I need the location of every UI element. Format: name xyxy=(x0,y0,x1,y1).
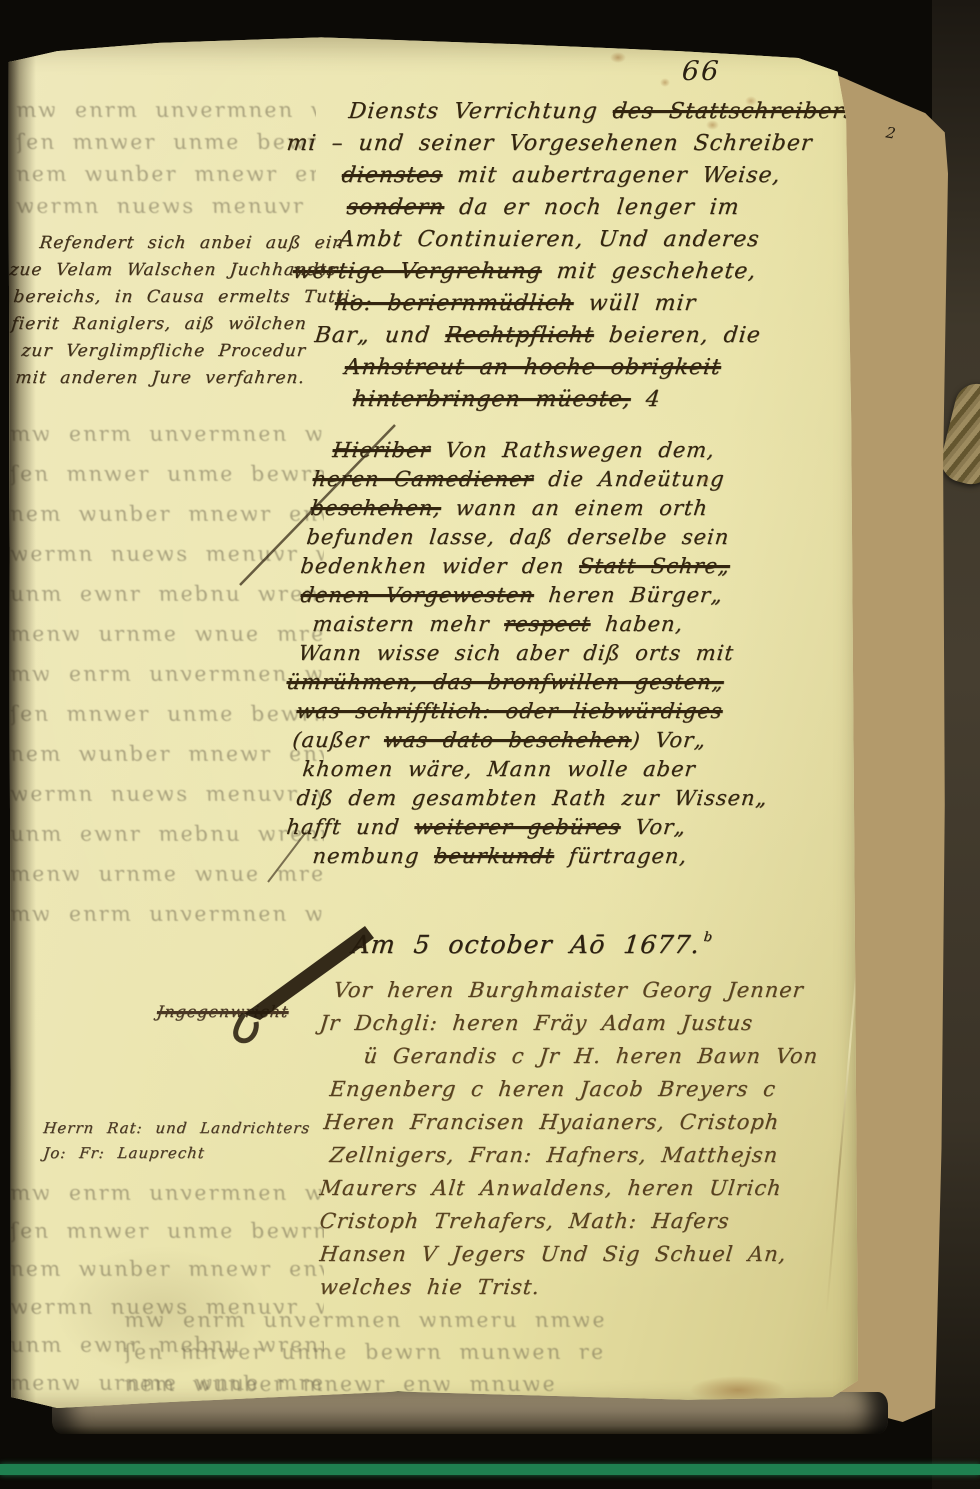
text-segment: Diensts Verrichtung xyxy=(347,99,614,124)
text-segment: Refendert sich anbei auß ein xyxy=(38,233,345,253)
handwritten-line: Vor heren Burghmaister Georg Jenner xyxy=(318,974,831,1007)
handwritten-line: khomen wäre, Mann wolle aber xyxy=(285,755,813,784)
text-segment: Cristoph Trehafers, Math: Hafers xyxy=(319,1209,731,1233)
struck-text: respect xyxy=(503,612,592,636)
struck-text: Rechtpflicht xyxy=(444,323,595,348)
ghost-line: menw urnme wnue mrenwu emn xyxy=(10,854,324,894)
text-segment: befunden lasse, daß derselbe sein xyxy=(305,525,730,549)
handwritten-line: nembung beurkundt fürtragen, xyxy=(285,842,813,871)
struck-text: ho: beriernmüdlich xyxy=(333,291,574,316)
text-segment: welches hie Trist. xyxy=(319,1275,542,1299)
text-segment: Engenberg c heren Jacob Breyers c xyxy=(329,1077,778,1101)
struck-text: des Stattschreibers xyxy=(611,99,857,124)
text-segment: beieren, die xyxy=(593,323,763,348)
handwritten-line: Engenberg c heren Jacob Breyers c xyxy=(318,1073,831,1106)
text-segment: 4 xyxy=(629,387,662,412)
struck-text: Anhstreut an hoche obrigkeit xyxy=(343,355,722,380)
struck-text: beschehen, xyxy=(309,496,442,520)
struck-text: Statt Schre„ xyxy=(578,554,731,578)
text-segment: mit anderen Jure verfahren. xyxy=(14,368,306,388)
manuscript-scan: 2 mw enrm unvermnen wnmeru nmweſen mnwer… xyxy=(0,0,980,1489)
text-segment: Heren Francisen Hyaianers, Cristoph xyxy=(323,1110,781,1134)
ghost-line: menw urnme wnue mrenwu emn xyxy=(10,614,324,654)
struck-text: hinterbringen müeste, xyxy=(351,387,632,412)
handwritten-line: mit anderen Jure verfahren. xyxy=(8,365,341,392)
handwritten-line: befunden lasse, daß derselbe sein xyxy=(285,523,813,552)
ghost-line: mw enrm unvermnen wnmeru nmwe xyxy=(10,654,324,694)
handwritten-line: Ambt Continuieren, Und anderes xyxy=(285,224,808,256)
text-segment: ) Vor„ xyxy=(630,728,707,752)
handwritten-line: bedenkhen wider den Statt Schre„ xyxy=(285,552,813,581)
struck-text: Jngegenwricht xyxy=(156,1002,290,1021)
paragraph-attendees: Vor heren Burghmaister Georg JennerJr Dc… xyxy=(318,974,828,1304)
paragraph-first-entry: Diensts Verrichtung des Stattschreibersm… xyxy=(285,96,805,416)
text-segment: mi – und seiner Vorgesehenen Schreiber xyxy=(285,131,813,156)
ghost-line: unm ewnr mebnu wrenm uewnm xyxy=(10,574,324,614)
margin-note-left: Refendert sich anbei auß einzue Velam Wa… xyxy=(8,230,338,392)
text-segment: khomen wäre, Mann wolle aber xyxy=(301,757,697,781)
handwritten-line: Maurers Alt Anwaldens, heren Ulrich xyxy=(318,1172,831,1205)
handwritten-line: beschehen, wann an einem orth xyxy=(285,494,813,523)
text-segment: fierit Raniglers, aiß wölchen xyxy=(10,314,307,334)
text-segment: heren Bürger„ xyxy=(533,583,725,607)
handwritten-line: bereichs, in Causa ermelts Tutti: xyxy=(8,284,341,311)
handwritten-line: Refendert sich anbei auß ein xyxy=(8,230,341,257)
text-segment: maistern mehr xyxy=(311,612,505,636)
struck-text: weiterer gebüres xyxy=(413,815,622,839)
page-number: 66 xyxy=(681,56,722,87)
ghost-line: wermn nuews menuvr wnem nue xyxy=(10,774,324,814)
handwritten-line: zur Verglimpfliche Procedur xyxy=(8,338,341,365)
handwritten-line: Jr Dchgli: heren Fräy Adam Justus xyxy=(318,1007,831,1040)
text-segment: Von Rathswegen dem, xyxy=(429,438,716,462)
entry-date: Am 5 october Aō 1677.b xyxy=(350,930,713,959)
book-page: mw enrm unvermnen wnmeru nmweſen mnwer u… xyxy=(6,36,858,1408)
ghost-line: ſen mnwer unme bewrn munwen re xyxy=(10,694,324,734)
handwritten-line: sondern da er noch lenger im xyxy=(285,192,808,224)
handwritten-line: Zellnigers, Fran: Hafners, Matthejsn xyxy=(318,1139,831,1172)
fox-stain xyxy=(745,96,757,106)
struck-text: beurkundt xyxy=(433,844,556,868)
ghost-line: mw enrm unvermnen wnmeru nmwe xyxy=(16,94,316,126)
handwritten-line: zue Velam Walschen Juchhandts xyxy=(8,257,341,284)
handwritten-line: heren Camediener die Andeütung xyxy=(285,465,813,494)
text-segment: mit aubertragener Weise, xyxy=(441,163,782,188)
paragraph-second-entry: Hieriber Von Rathswegen dem,heren Camedi… xyxy=(285,436,810,871)
ghost-line: wermn nuews menuvr wnem nue xyxy=(10,534,324,574)
margin-word-present: Jngegenwricht xyxy=(156,1002,336,1021)
fox-stain xyxy=(610,52,626,63)
handwritten-line: diß dem gesambten Rath zur Wissen„ xyxy=(285,784,813,813)
struck-text: was schrifftlich: oder liebwürdiges xyxy=(295,699,724,723)
ghost-line: ſen mnwer unme bewrn munwen re xyxy=(10,1212,324,1250)
handwritten-line: maistern mehr respect haben, xyxy=(285,610,813,639)
handwritten-line: Herrn Rat: und Landrichters xyxy=(42,1116,305,1141)
ghost-line: unm ewnr mebnu wrenm uewnm xyxy=(10,814,324,854)
ghost-line: wermn nuews menuvr wnem nue xyxy=(16,190,316,222)
text-segment: mit geschehete, xyxy=(540,259,757,284)
text-segment: Hansen V Jegers Und Sig Schuel An, xyxy=(319,1242,788,1266)
handwritten-line: ho: beriernmüdlich wüll mir xyxy=(285,288,808,320)
text-segment: ü Gerandis c Jr H. heren Bawn Von xyxy=(363,1044,820,1068)
ghost-line: mw enrm unvermnen wnmeru nmwe xyxy=(10,414,324,454)
handwritten-line: Heren Francisen Hyaianers, Cristoph xyxy=(318,1106,831,1139)
fox-stain xyxy=(700,476,711,485)
handwritten-line: denen Vorgewesten heren Bürger„ xyxy=(285,581,813,610)
text-segment: zur Verglimpfliche Procedur xyxy=(20,341,307,361)
handwritten-line: hafft und weiterer gebüres Vor„ xyxy=(285,813,813,842)
show-through-text: mw enrm unvermnen wnmeru nmweſen mnwer u… xyxy=(10,414,324,936)
text-segment: wann an einem orth xyxy=(440,496,709,520)
text-segment: die Andeütung xyxy=(532,467,725,491)
text-segment: Wann wisse sich aber diß orts mit xyxy=(297,641,735,665)
struck-text: was dato beschehen xyxy=(383,728,633,752)
handwritten-line: dienstes mit aubertragener Weise, xyxy=(285,160,808,192)
text-segment: zue Velam Walschen Juchhandts xyxy=(8,260,337,280)
handwritten-line: Bar„ und Rechtpflicht beieren, die xyxy=(285,320,808,352)
handwritten-line: Hansen V Jegers Und Sig Schuel An, xyxy=(318,1238,831,1271)
text-segment: nembung xyxy=(311,844,435,868)
handwritten-line: Jo: Fr: Lauprecht xyxy=(42,1141,305,1166)
text-segment: Ambt Continuieren, Und anderes xyxy=(337,227,761,252)
struck-text: ümrühmen, das bronfwillen gesten„ xyxy=(285,670,725,694)
handwritten-line: mi – und seiner Vorgesehenen Schreiber xyxy=(285,128,808,160)
fox-stain xyxy=(706,120,719,130)
ghost-line: ſen mnwer unme bewrn munwen re xyxy=(16,126,316,158)
struck-text: sondern xyxy=(345,195,445,220)
handwritten-line: Anhstreut an hoche obrigkeit xyxy=(285,352,808,384)
text-segment: Zellnigers, Fran: Hafners, Matthejsn xyxy=(329,1143,780,1167)
text-segment: hafft und xyxy=(285,815,415,839)
text-segment: Herrn Rat: und Landrichters xyxy=(42,1119,311,1137)
ghost-line: mw enrm unvermnen wnmeru nmwe xyxy=(10,894,324,934)
handwritten-line: wertige Vergrehung mit geschehete, xyxy=(285,256,808,288)
handwritten-line: was schrifftlich: oder liebwürdiges xyxy=(285,697,813,726)
text-segment: Maurers Alt Anwaldens, heren Ulrich xyxy=(319,1176,784,1200)
text-segment: diß dem gesambten Rath zur Wissen„ xyxy=(295,786,769,810)
gutter-shadow xyxy=(6,36,36,1408)
handwritten-line: ü Gerandis c Jr H. heren Bawn Von xyxy=(318,1040,831,1073)
struck-text: denen Vorgewesten xyxy=(299,583,535,607)
text-segment: wüll mir xyxy=(572,291,697,316)
text-segment: (außer xyxy=(291,728,385,752)
text-segment: da er noch lenger im xyxy=(443,195,741,220)
text-segment: Jo: Fr: Lauprecht xyxy=(42,1144,205,1162)
handwritten-line: ümrühmen, das bronfwillen gesten„ xyxy=(285,668,813,697)
handwritten-line: Diensts Verrichtung des Stattschreibers xyxy=(285,96,808,128)
text-segment: bereichs, in Causa ermelts Tutti: xyxy=(12,287,358,307)
text-segment: Vor heren Burghmaister Georg Jenner xyxy=(333,978,806,1002)
ghost-line: mw enrm unvermnen wnmeru nmwe xyxy=(10,1174,324,1212)
handwritten-line: hinterbringen müeste, 4 xyxy=(285,384,808,416)
handwritten-line: Hieriber Von Rathswegen dem, xyxy=(285,436,813,465)
handwritten-line: (außer was dato beschehen) Vor„ xyxy=(285,726,813,755)
ghost-line: nem wunber mnewr enw mnuwe xyxy=(10,734,324,774)
struck-text: dienstes xyxy=(340,163,443,188)
edge-page-number: 2 xyxy=(885,123,897,142)
struck-text: heren Camediener xyxy=(311,467,535,491)
margin-note-officials: Herrn Rat: und LandrichtersJo: Fr: Laupr… xyxy=(42,1116,302,1166)
text-segment: Jr Dchgli: heren Fräy Adam Justus xyxy=(319,1011,755,1035)
ghost-line: ſen mnwer unme bewrn munwen re xyxy=(10,454,324,494)
text-segment: haben, xyxy=(589,612,684,636)
show-through-text: mw enrm unvermnen wnmeru nmweſen mnwer u… xyxy=(16,94,316,226)
text-segment: fürtragen, xyxy=(553,844,689,868)
water-stain xyxy=(56,1246,266,1376)
fox-stain xyxy=(660,78,670,87)
text-segment: bedenkhen wider den xyxy=(299,554,580,578)
paper-crease xyxy=(825,937,860,1316)
handwritten-line: Jngegenwricht xyxy=(156,1002,338,1021)
scanner-green-stripe xyxy=(0,1464,980,1475)
ghost-line: nem wunber mnewr enw mnuwe xyxy=(16,158,316,190)
handwritten-line: welches hie Trist. xyxy=(318,1271,831,1304)
ghost-line: nem wunber mnewr enw mnuwe xyxy=(10,494,324,534)
handwritten-line: Wann wisse sich aber diß orts mit xyxy=(285,639,813,668)
handwritten-line: fierit Raniglers, aiß wölchen xyxy=(8,311,341,338)
entry-date-superscript: b xyxy=(703,930,714,945)
struck-text: Hieriber xyxy=(331,438,432,462)
entry-date-text: Am 5 october Aō 1677. xyxy=(350,930,701,959)
text-segment: Vor„ xyxy=(619,815,687,839)
handwritten-line: Cristoph Trehafers, Math: Hafers xyxy=(318,1205,831,1238)
